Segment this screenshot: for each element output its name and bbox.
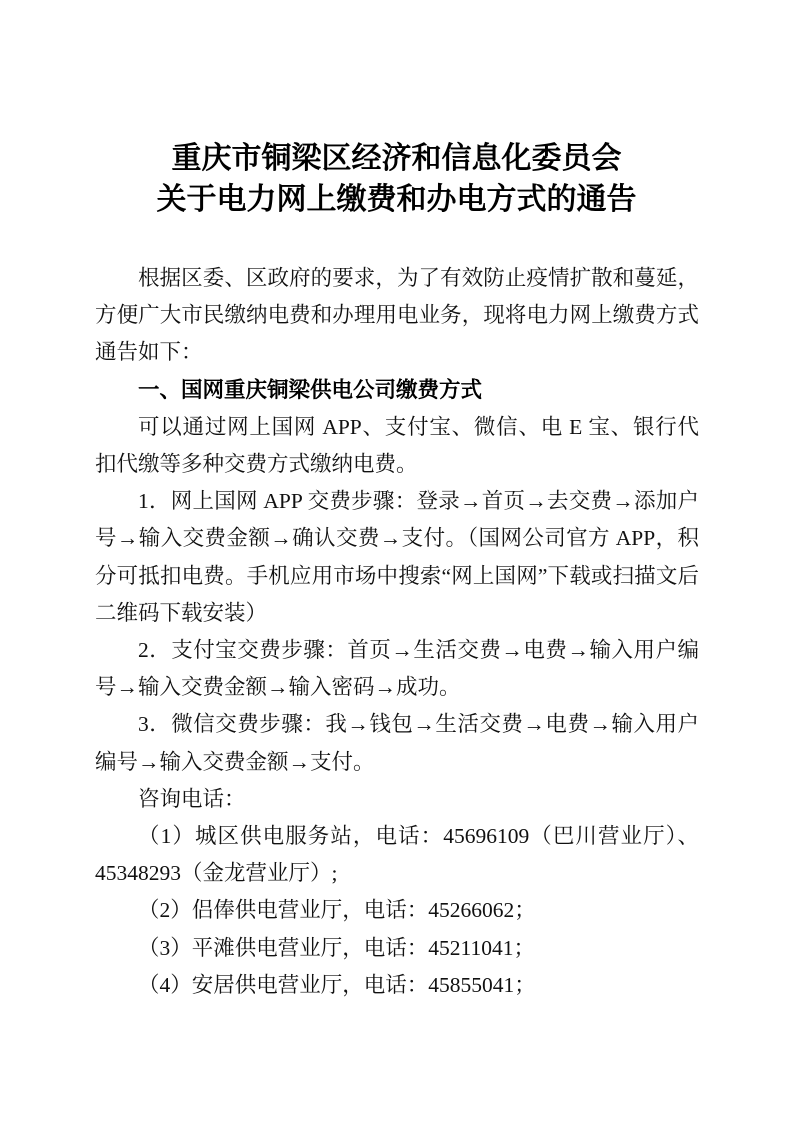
paragraph: （1）城区供电服务站，电话：45696109（巴川营业厅）、45348293（金… xyxy=(95,818,699,892)
paragraph: 咨询电话： xyxy=(95,781,699,818)
paragraph: 1．网上国网 APP 交费步骤：登录→首页→去交费→添加户号→输入交费金额→确认… xyxy=(95,483,699,632)
document-page: 重庆市铜梁区经济和信息化委员会 关于电力网上缴费和办电方式的通告 根据区委、区政… xyxy=(0,0,793,1122)
title-line-2: 关于电力网上缴费和办电方式的通告 xyxy=(0,179,793,220)
document-title: 重庆市铜梁区经济和信息化委员会 关于电力网上缴费和办电方式的通告 xyxy=(0,138,793,220)
paragraph: 2．支付宝交费步骤：首页→生活交费→电费→输入用户编号→输入交费金额→输入密码→… xyxy=(95,632,699,706)
paragraph: 根据区委、区政府的要求，为了有效防止疫情扩散和蔓延，方便广大市民缴纳电费和办理用… xyxy=(95,260,699,372)
section-heading: 一、国网重庆铜梁供电公司缴费方式 xyxy=(95,372,699,409)
paragraph: 可以通过网上国网 APP、支付宝、微信、电 E 宝、银行代扣代缴等多种交费方式缴… xyxy=(95,409,699,483)
paragraph: （3）平滩供电营业厅，电话：45211041； xyxy=(95,930,699,967)
document-body: 根据区委、区政府的要求，为了有效防止疫情扩散和蔓延，方便广大市民缴纳电费和办理用… xyxy=(95,260,699,1004)
paragraph: （2）侣俸供电营业厅，电话：45266062； xyxy=(95,892,699,929)
title-line-1: 重庆市铜梁区经济和信息化委员会 xyxy=(0,138,793,179)
paragraph: 3．微信交费步骤：我→钱包→生活交费→电费→输入用户编号→输入交费金额→支付。 xyxy=(95,706,699,780)
paragraph: （4）安居供电营业厅，电话：45855041； xyxy=(95,967,699,1004)
